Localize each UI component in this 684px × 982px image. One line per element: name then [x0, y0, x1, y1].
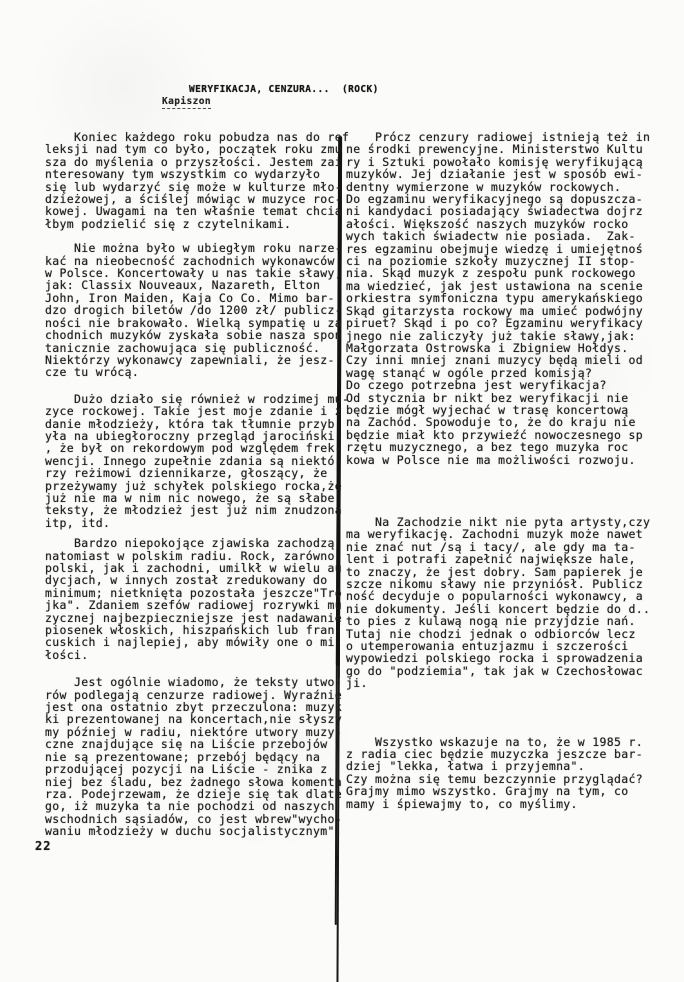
paragraph: Na Zachodzie nikt nie pyta artysty,czy m…	[346, 516, 668, 690]
left-column: Koniec każdego roku pobudza nas do ref l…	[45, 131, 351, 838]
paragraph: Prócz cenzury radiowej istnieją też in n…	[346, 131, 668, 466]
author-byline: Kapiszon	[162, 96, 211, 109]
article-title: WERYFIKACJA, CENZURA... (ROCK)	[189, 84, 379, 95]
paragraph: Wszystko wskazuje na to, że w 1985 r. z …	[346, 736, 668, 810]
page-number: 22	[35, 839, 51, 853]
paragraph: Dużo działo się również w rodzimej mu- z…	[45, 393, 351, 529]
scanned-zine-page: WERYFIKACJA, CENZURA... (ROCK) Kapiszon …	[0, 0, 684, 982]
paragraph: Jest ogólnie wiadomo, że teksty utwo- ró…	[45, 676, 351, 837]
paragraph: Bardzo niepokojące zjawiska zachodzą nat…	[45, 537, 351, 661]
paragraph: Nie można było w ubiegłym roku narze- ka…	[45, 242, 351, 378]
paragraph: Koniec każdego roku pobudza nas do ref l…	[45, 131, 351, 230]
right-column: Prócz cenzury radiowej istnieją też in n…	[346, 131, 668, 810]
